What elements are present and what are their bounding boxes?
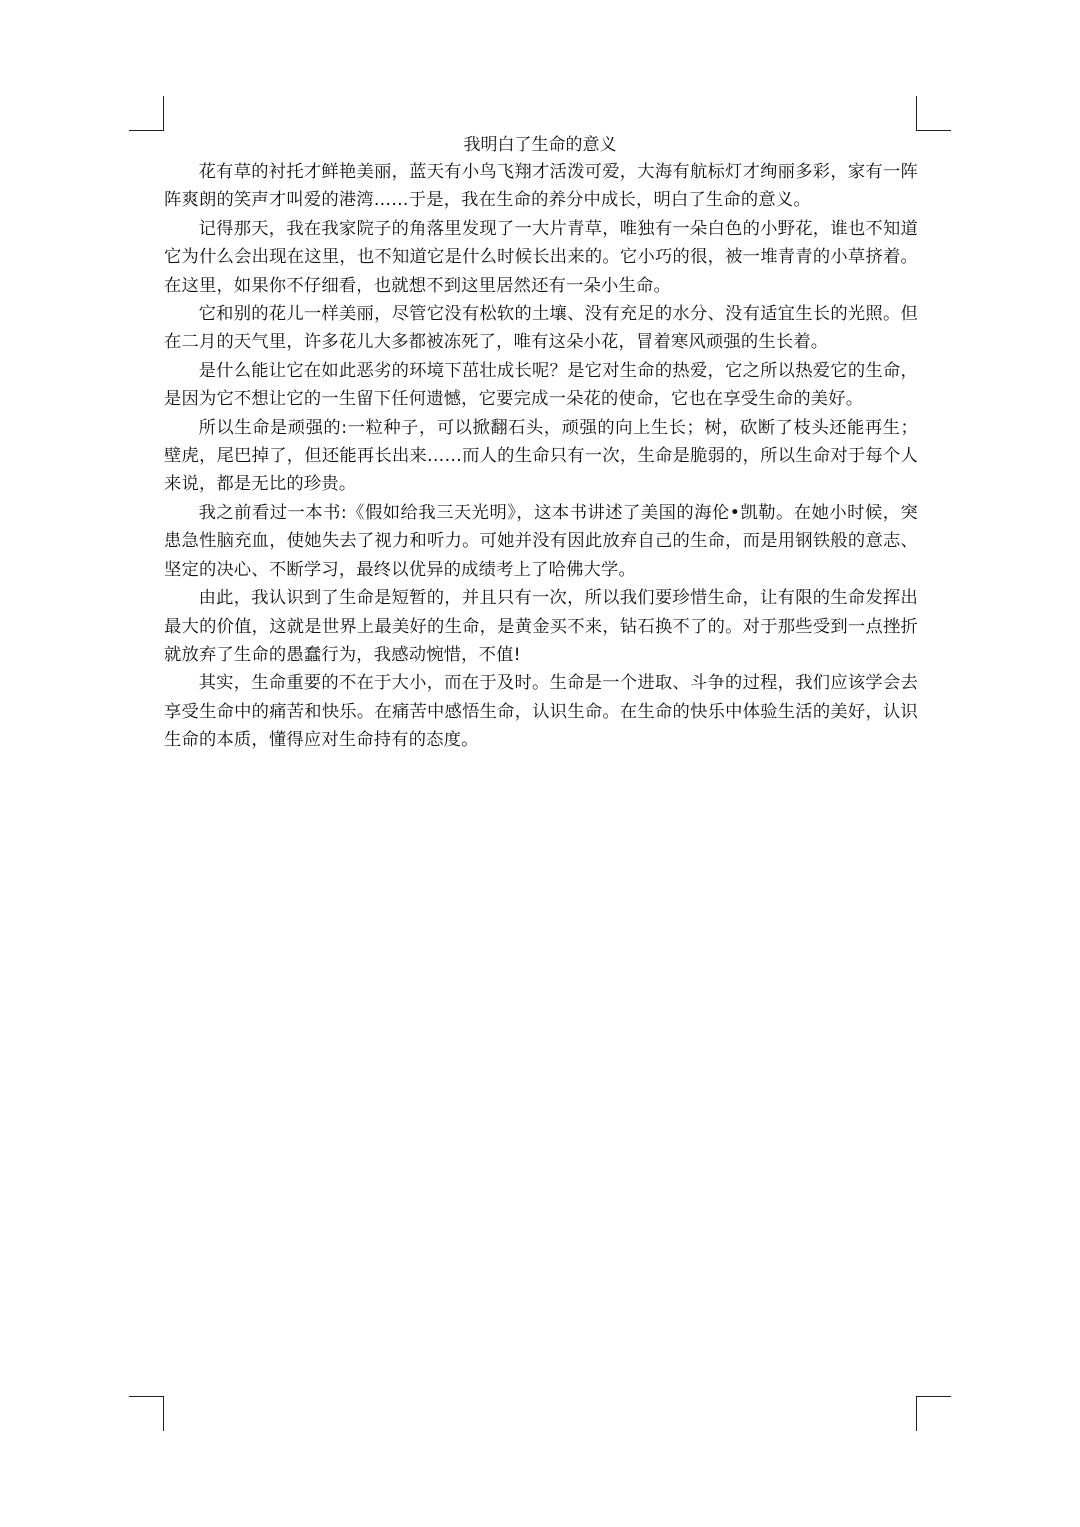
document-body: 花有草的衬托才鲜艳美丽，蓝天有小鸟飞翔才活泼可爱，大海有航标灯才绚丽多彩，家有一…	[164, 158, 918, 755]
crop-mark-top-left-h	[129, 130, 164, 131]
document-title: 我明白了生命的意义	[164, 134, 916, 156]
crop-mark-top-left-v	[163, 96, 164, 131]
paragraph: 记得那天，我在我家院子的角落里发现了一大片青草，唯独有一朵白色的小野花，谁也不知…	[164, 215, 918, 300]
paragraph: 它和别的花儿一样美丽，尽管它没有松软的土壤、没有充足的水分、没有适宜生长的光照。…	[164, 300, 918, 357]
paragraph: 是什么能让它在如此恶劣的环境下茁壮成长呢？是它对生命的热爱，它之所以热爱它的生命…	[164, 357, 918, 414]
crop-mark-top-right-h	[916, 130, 951, 131]
crop-mark-bottom-left-h	[129, 1396, 164, 1397]
paragraph: 由此，我认识到了生命是短暂的，并且只有一次，所以我们要珍惜生命，让有限的生命发挥…	[164, 584, 918, 669]
paragraph: 我之前看过一本书:《假如给我三天光明》，这本书讲述了美国的海伦•凯勒。在她小时候…	[164, 499, 918, 584]
paragraph: 所以生命是顽强的:一粒种子，可以掀翻石头，顽强的向上生长；树，砍断了枝头还能再生…	[164, 414, 918, 499]
crop-mark-top-right-v	[916, 96, 917, 131]
crop-mark-bottom-left-v	[163, 1396, 164, 1431]
paragraph: 其实，生命重要的不在于大小，而在于及时。生命是一个进取、斗争的过程，我们应该学会…	[164, 669, 918, 754]
paragraph: 花有草的衬托才鲜艳美丽，蓝天有小鸟飞翔才活泼可爱，大海有航标灯才绚丽多彩，家有一…	[164, 158, 918, 215]
crop-mark-bottom-right-h	[916, 1396, 951, 1397]
crop-mark-bottom-right-v	[916, 1396, 917, 1431]
